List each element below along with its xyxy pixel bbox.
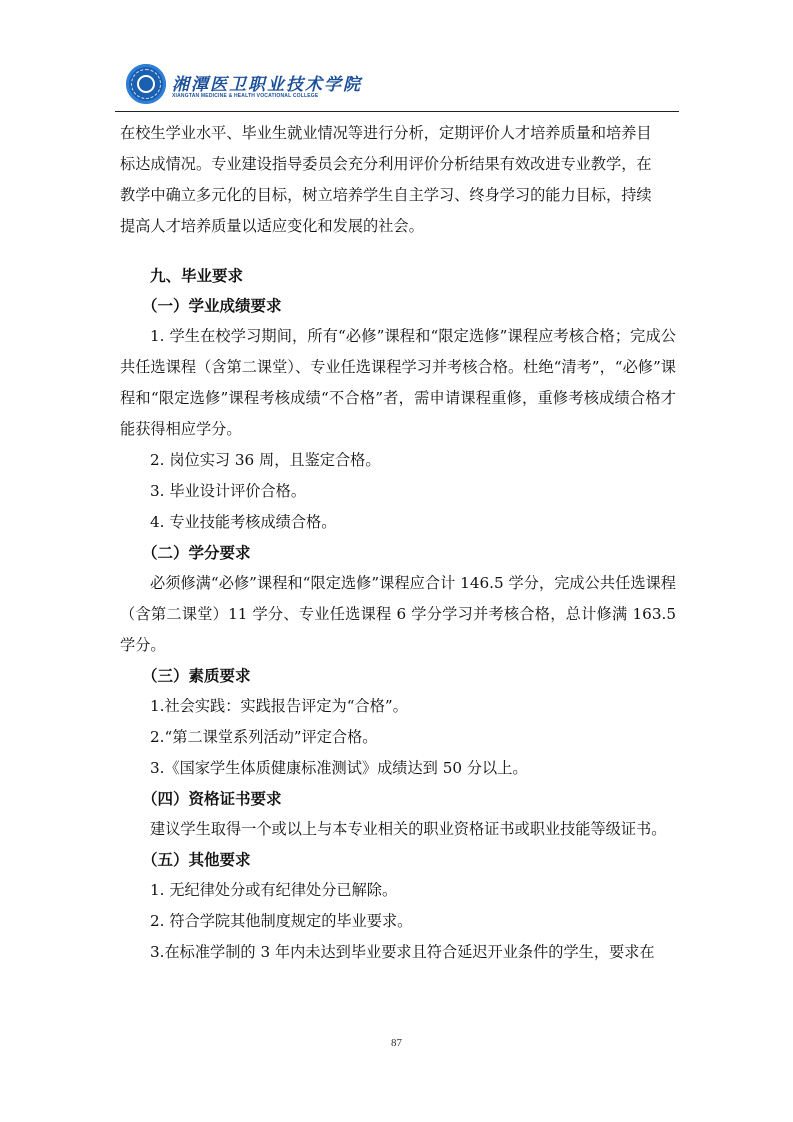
intro-paragraph: 在校生学业水平、毕业生就业情况等进行分析，定期评价人才培养质量和培养目 标达成情… xyxy=(120,118,676,242)
subsection-title: （三）素质要求 xyxy=(120,661,676,691)
requirement-item: 1.社会实践：实践报告评定为“合格”。 xyxy=(120,691,676,722)
requirement-item: 2. 岗位实习 36 周，且鉴定合格。 xyxy=(120,445,676,476)
page-number: 87 xyxy=(0,1037,793,1049)
requirement-item: 2. 符合学院其他制度规定的毕业要求。 xyxy=(120,906,676,937)
requirement-item: 3.《国家学生体质健康标准测试》成绩达到 50 分以上。 xyxy=(120,753,676,784)
text-line: 在校生学业水平、毕业生就业情况等进行分析，定期评价人才培养质量和培养目 xyxy=(120,118,676,149)
institution-name-en: XIANGTAN MEDICINE & HEALTH VOCATIONAL CO… xyxy=(172,93,318,99)
page-header: 湘潭医卫职业技术学院 XIANGTAN MEDICINE & HEALTH VO… xyxy=(116,62,678,112)
document-body: 在校生学业水平、毕业生就业情况等进行分析，定期评价人才培养质量和培养目 标达成情… xyxy=(120,118,676,968)
header-divider xyxy=(115,111,679,112)
requirement-item: 3. 毕业设计评价合格。 xyxy=(120,476,676,507)
text-line: 标达成情况。专业建设指导委员会充分利用评价分析结果有效改进专业教学，在 xyxy=(120,149,676,180)
requirement-item: 2.“第二课堂系列活动”评定合格。 xyxy=(120,722,676,753)
subsection-title: （一）学业成绩要求 xyxy=(120,291,676,321)
text-line: 教学中确立多元化的目标，树立培养学生自主学习、终身学习的能力目标，持续 xyxy=(120,180,676,211)
requirement-item: 4. 专业技能考核成绩合格。 xyxy=(120,507,676,538)
subsection-title: （二）学分要求 xyxy=(120,538,676,568)
requirement-item: 3.在标准学制的 3 年内未达到毕业要求且符合延迟开业条件的学生，要求在 xyxy=(120,937,676,968)
college-emblem-icon xyxy=(126,64,166,104)
requirement-item: 1. 学生在校学习期间，所有“必修”课程和“限定选修”课程应考核合格；完成公共任… xyxy=(120,321,676,445)
text-line: 提高人才培养质量以适应变化和发展的社会。 xyxy=(120,211,676,242)
requirement-item: 1. 无纪律处分或有纪律处分已解除。 xyxy=(120,875,676,906)
subsection-title: （五）其他要求 xyxy=(120,845,676,875)
subsection-title: （四）资格证书要求 xyxy=(120,784,676,814)
requirement-item: 必须修满“必修”课程和“限定选修”课程应合计 146.5 学分，完成公共任选课程… xyxy=(120,568,676,661)
institution-name-cn: 湘潭医卫职业技术学院 xyxy=(172,70,362,95)
section-title: 九、毕业要求 xyxy=(120,261,676,291)
requirement-item: 建议学生取得一个或以上与本专业相关的职业资格证书或职业技能等级证书。 xyxy=(120,814,676,845)
